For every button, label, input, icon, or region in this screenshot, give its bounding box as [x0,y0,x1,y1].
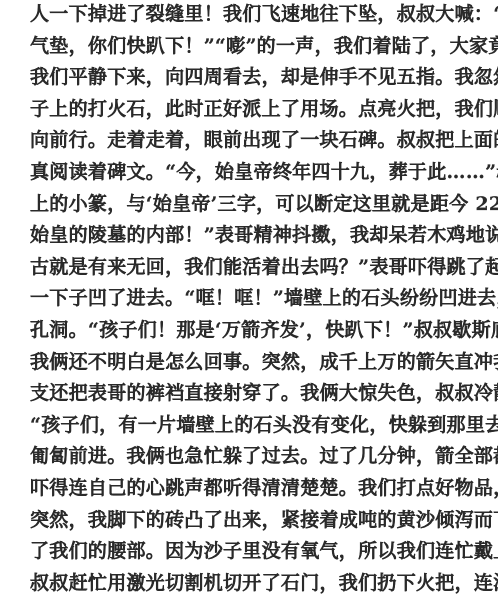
text-line: 叔叔赶忙用激光切割机切开了石门，我们扔下火把，连滚带爬地逃出了 [30,571,472,600]
text-line: 向前行。走着走着，眼前出现了一块石碑。叔叔把上面的灰尘拂去，认 [30,128,472,160]
text-line: 真阅读着碑文。“今，始皇帝终年四十九，葬于此……”叔叔说，“根据碑 [30,160,472,192]
text-line: “孩子们，有一片墙壁上的石头没有变化，快躲到那里去！”叔叔边说边 [30,413,472,445]
text-line: 一下子凹了进去。“哐！哐！”墙壁上的石头纷纷凹进去，出现了一个个 [30,286,472,318]
text-line: 突然，我脚下的砖凸了出来，紧接着成吨的黄沙倾泻而下，很快就埋到 [30,508,472,540]
document-page: 人一下掉进了裂缝里！我们飞速地往下坠，叔叔大喊：“不要慌，我打开 气垫，你们快趴… [30,2,472,600]
text-line: 人一下掉进了裂缝里！我们飞速地往下坠，叔叔大喊：“不要慌，我打开 [30,2,472,34]
text-line: 我们平静下来，向四周看去，却是伸手不见五指。我忽然想到了挂在脖 [30,65,472,97]
text-line: 我俩还不明白是怎么回事。突然，成千上万的箭矢直冲我们飞来，有一 [30,350,472,382]
text-line: 了我们的腰部。因为沙子里没有氧气，所以我们连忙戴上了氧气面罩。 [30,539,472,571]
text-line: 古就是有来无回，我们能活着出去吗？”表哥吓得跳了起来，脚下的石头 [30,255,472,287]
text-line: 吓得连自己的心跳声都听得清清楚楚。我们打点好物品，继续往前走。 [30,476,472,508]
text-line: 支还把表哥的裤裆直接射穿了。我俩大惊失色，叔叔冷静地观察着。 [30,381,472,413]
text-line: 匍匐前进。我俩也急忙躲了过去。过了几分钟，箭全部都射光了，我们 [30,444,472,476]
text-line: 始皇的陵墓的内部！”表哥精神抖擞，我却呆若木鸡地说：“听说这里自 [30,223,472,255]
text-line: 气垫，你们快趴下！”“嘭”的一声，我们着陆了，大家竟然都没事儿。等 [30,34,472,66]
text-line: 上的小篆，与‘始皇帝’三字，可以断定这里就是距今 2200 多年前的秦 [30,192,472,224]
text-line: 子上的打火石，此时正好派上了用场。点亮火把，我们顺着风吹来的方 [30,97,472,129]
text-line: 孔洞。“孩子们！那是‘万箭齐发’，快趴下！”叔叔歇斯底里地叫喊，可 [30,318,472,350]
